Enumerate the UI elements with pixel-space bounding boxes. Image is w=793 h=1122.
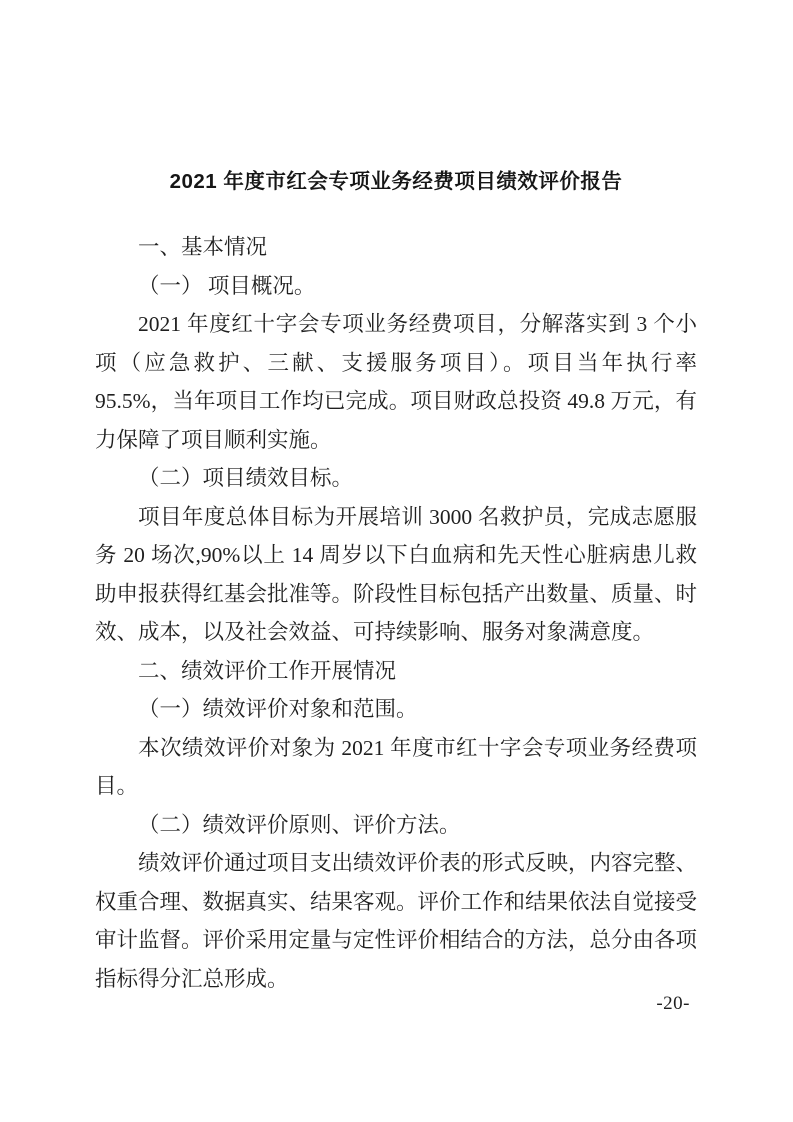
- subsection-heading-evaluation-method: （二）绩效评价原则、评价方法。: [95, 806, 697, 845]
- subsection-heading-project-overview: （一） 项目概况。: [95, 267, 697, 306]
- document-page: 2021 年度市红会专项业务经费项目绩效评价报告 一、基本情况 （一） 项目概况…: [0, 0, 793, 1122]
- document-title: 2021 年度市红会专项业务经费项目绩效评价报告: [95, 169, 697, 195]
- subsection-heading-evaluation-scope: （一）绩效评价对象和范围。: [95, 690, 697, 729]
- document-content: 2021 年度市红会专项业务经费项目绩效评价报告 一、基本情况 （一） 项目概况…: [95, 0, 697, 998]
- section-heading-basic-info: 一、基本情况: [95, 228, 697, 267]
- paragraph-evaluation-scope: 本次绩效评价对象为 2021 年度市红十字会专项业务经费项目。: [95, 729, 697, 806]
- section-heading-evaluation-work: 二、绩效评价工作开展情况: [95, 652, 697, 691]
- subsection-heading-performance-goals: （二）项目绩效目标。: [95, 459, 697, 498]
- paragraph-evaluation-method: 绩效评价通过项目支出绩效评价表的形式反映，内容完整、权重合理、数据真实、结果客观…: [95, 844, 697, 998]
- paragraph-performance-goals: 项目年度总体目标为开展培训 3000 名救护员，完成志愿服务 20 场次,90%…: [95, 498, 697, 652]
- page-number: -20-: [656, 994, 690, 1014]
- paragraph-project-overview: 2021 年度红十字会专项业务经费项目，分解落实到 3 个小项（应急救护、三献、…: [95, 305, 697, 459]
